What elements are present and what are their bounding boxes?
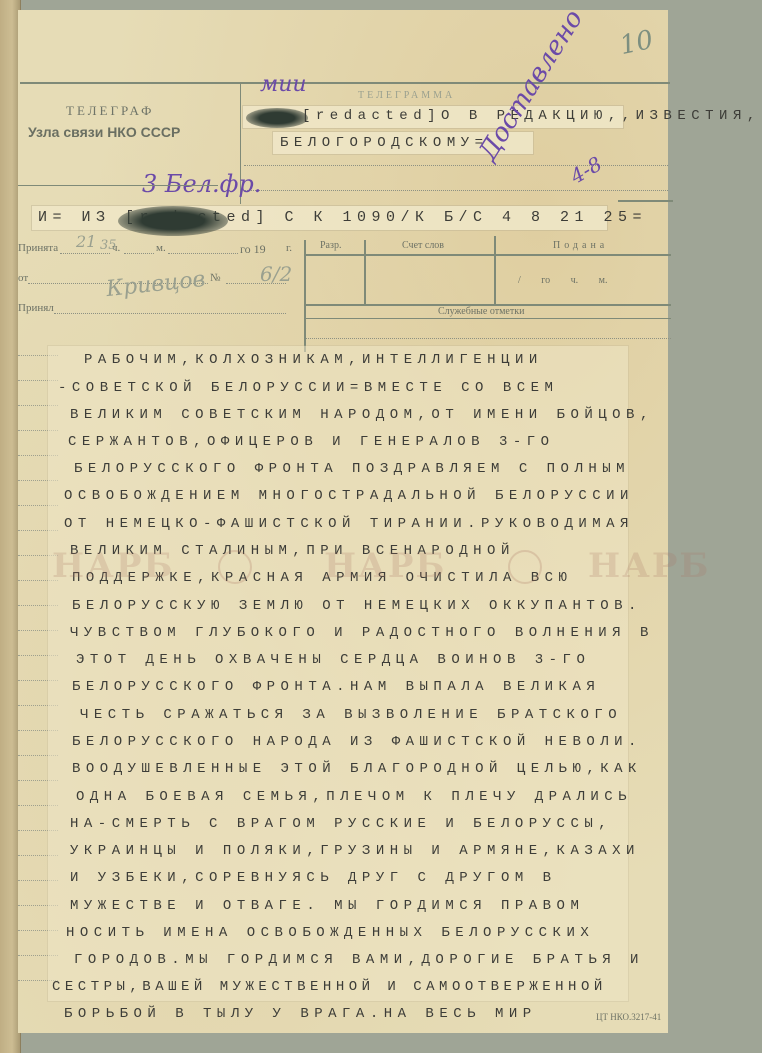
hour-field[interactable] <box>60 253 110 254</box>
handwritten-front-note: 3 Бел.фр. <box>142 170 261 198</box>
minute-field[interactable] <box>124 253 154 254</box>
submitted-header: Подана <box>553 240 608 251</box>
watermark-text: НАРБ <box>324 546 446 586</box>
word-count-header: Счет слов <box>402 240 444 251</box>
message-line: ЧЕСТЬ СРАЖАТЬСЯ ЗА ВЫЗВОЛЕНИЕ БРАТСКОГО <box>80 707 622 723</box>
watermark-seal-icon <box>218 550 252 584</box>
watermark-seal-icon <box>508 550 542 584</box>
message-line: ГОРОДОВ.МЫ ГОРДИМСЯ ВАМИ,ДОРОГИЕ БРАТЬЯ … <box>74 952 644 968</box>
handwritten-initials: мии <box>260 72 307 97</box>
received-by-label: Принял <box>18 302 54 314</box>
watermark-text: НАРБ <box>52 546 174 586</box>
header-rule <box>20 82 670 84</box>
message-line: БЕЛОРУССКОГО НАРОДА ИЗ ФАШИСТСКОЙ НЕВОЛИ… <box>72 734 642 750</box>
from-label: от <box>18 272 28 284</box>
message-line: ОТ НЕМЕЦКО-ФАШИСТСКОЙ ТИРАНИИ.РУКОВОДИМА… <box>64 516 634 532</box>
address-line-2: БЕЛОГОРОДСКОМУ= <box>280 135 489 151</box>
date-label: го 19 <box>240 242 266 257</box>
address-dotted-line <box>244 190 668 191</box>
table-rule <box>306 318 671 319</box>
number-label: № <box>210 272 221 284</box>
message-line: НОСИТЬ ИМЕНА ОСВОБОЖДЕННЫХ БЕЛОРУССКИХ <box>66 925 594 941</box>
message-line: БЕЛОРУССКОГО ФРОНТА ПОЗДРАВЛЯЕМ С ПОЛНЫМ <box>74 461 630 477</box>
form-subtitle: Узла связи НКО СССР <box>28 124 180 140</box>
message-line: ЭТОТ ДЕНЬ ОХВАЧЕНЫ СЕРДЦА ВОИНОВ 3-ГО <box>76 652 590 668</box>
message-line: БЕЛОРУССКОГО ФРОНТА.НАМ ВЫПАЛА ВЕЛИКАЯ <box>72 679 600 695</box>
service-marks-line <box>306 338 671 339</box>
message-line: И УЗБЕКИ,СОРЕВНУЯСЬ ДРУГ С ДРУГОМ В <box>70 870 557 886</box>
address-dotted-line <box>244 165 668 166</box>
accepted-label: Принята <box>18 242 58 254</box>
received-by-field[interactable] <box>54 313 286 314</box>
received-hour: 21 <box>76 232 96 251</box>
routing-rule <box>618 200 673 202</box>
message-line: СЕРЖАНТОВ,ОФИЦЕРОВ И ГЕНЕРАЛОВ 3-ГО <box>68 434 555 450</box>
message-line: РАБОЧИМ,КОЛХОЗНИКАМ,ИНТЕЛЛИГЕНЦИИ <box>84 352 543 368</box>
table-header-rule <box>306 254 671 256</box>
message-line: ВООДУШЕВЛЕННЫЕ ЭТОЙ БЛАГОРОДНОЙ ЦЕЛЬЮ,КА… <box>72 761 642 777</box>
message-line: -СОВЕТСКОЙ БЕЛОРУССИИ=ВМЕСТЕ СО ВСЕМ <box>58 380 558 396</box>
message-line: ОСВОБОЖДЕНИЕМ МНОГОСТРАДАЛЬНОЙ БЕЛОРУССИ… <box>64 488 634 504</box>
telegram-label: ТЕЛЕГРАММА <box>358 90 455 101</box>
message-line: НА-СМЕРТЬ С ВРАГОМ РУССКИЕ И БЕЛОРУССЫ, <box>70 816 612 832</box>
handwritten-delivered-date: 4-8 <box>566 152 606 189</box>
table-col-divider <box>364 240 366 305</box>
print-code: ЦТ НКО.3217-41 <box>596 1012 661 1022</box>
page-number: 10 <box>617 25 656 61</box>
watermark-text: НАРБ <box>588 546 710 586</box>
header-bottom-rule <box>18 185 218 186</box>
minute-label: м. <box>156 242 166 254</box>
submitted-template: / го ч. м. <box>518 275 608 286</box>
message-line: БОРЬБОЙ В ТЫЛУ У ВРАГА.НА ВЕСЬ МИР <box>64 1006 537 1022</box>
message-line: СЕСТРЫ,ВАШЕЙ МУЖЕСТВЕННОЙ И САМООТВЕРЖЕН… <box>52 979 607 995</box>
message-line: УКРАИНЦЫ И ПОЛЯКИ,ГРУЗИНЫ И АРМЯНЕ,КАЗАХ… <box>70 843 640 859</box>
table-col-divider <box>494 236 496 305</box>
date-field[interactable] <box>168 253 238 254</box>
redaction-blot <box>246 108 308 128</box>
message-line: ЧУВСТВОМ ГЛУБОКОГО И РАДОСТНОГО ВОЛНЕНИЯ… <box>70 625 654 641</box>
message-line: ОДНА БОЕВАЯ СЕМЬЯ,ПЛЕЧОМ К ПЛЕЧУ ДРАЛИСЬ <box>76 789 632 805</box>
service-marks-header: Служебные отметки <box>438 306 524 317</box>
message-line: БЕЛОРУССКУЮ ЗЕМЛЮ ОТ НЕМЕЦКИХ ОККУПАНТОВ… <box>72 598 642 614</box>
table-border-left <box>304 240 306 352</box>
telegram-page: 10 ТЕЛЕГРАФ Узла связи НКО СССР ТЕЛЕГРАМ… <box>18 10 668 1033</box>
year-suffix: г. <box>286 242 292 254</box>
received-minute: 35 <box>100 238 117 253</box>
rank-header: Разр. <box>320 240 341 251</box>
message-line: ВЕЛИКИМ СОВЕТСКИМ НАРОДОМ,ОТ ИМЕНИ БОЙЦО… <box>70 407 654 423</box>
redaction-blot <box>118 206 228 236</box>
number-value: 6/2 <box>260 262 292 286</box>
message-line: МУЖЕСТВЕ И ОТВАГЕ. МЫ ГОРДИМСЯ ПРАВОМ <box>70 898 584 914</box>
form-title: ТЕЛЕГРАФ <box>66 103 154 119</box>
operator-signature: Кривцов <box>105 267 207 302</box>
